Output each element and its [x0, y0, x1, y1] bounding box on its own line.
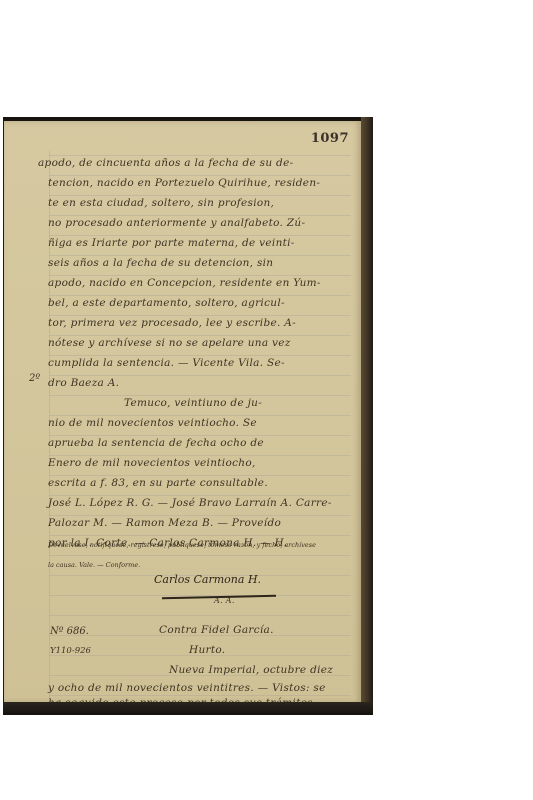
handwritten-line: Palozar M. — Ramon Meza B. — Proveído — [48, 517, 281, 529]
signature-initials: A. A. — [214, 596, 235, 605]
handwritten-line: Enero de mil novecientos veintiocho, — [48, 457, 256, 469]
ruled-line — [49, 355, 351, 356]
ruled-line — [49, 235, 351, 236]
ruled-line — [49, 455, 351, 456]
handwritten-line: Nueva Imperial, octubre diez — [169, 664, 333, 676]
ruled-line — [49, 295, 351, 296]
handwritten-line: dro Baeza A. — [48, 377, 119, 389]
entry-title: Contra Fidel García. — [159, 624, 274, 636]
handwritten-line: aprueba la sentencia de fecha ocho de — [48, 437, 264, 449]
entry-subtitle: Hurto. — [189, 644, 225, 656]
ruled-line — [49, 515, 351, 516]
handwritten-line: no procesado anteriormente y analfabeto.… — [48, 217, 305, 229]
small-handwritten-line: Devuelvase, notifíquese, regístrese, pub… — [48, 541, 316, 549]
handwritten-line: te en esta ciudad, soltero, sin profesio… — [48, 197, 274, 209]
small-handwritten-line: la causa. Vale. — Conforme. — [48, 561, 140, 569]
ruled-line — [49, 695, 351, 696]
handwritten-line: y ocho de mil novecientos veintitres. — … — [48, 682, 326, 694]
book-spine-edge — [361, 117, 373, 715]
ruled-line — [49, 495, 351, 496]
document-scan: 1097 apodo, de cincuenta años a la fecha… — [3, 117, 373, 715]
ruled-line — [49, 195, 351, 196]
ruled-line — [49, 475, 351, 476]
ruled-line — [49, 255, 351, 256]
handwritten-line: cumplida la sentencia. — Vicente Vila. S… — [48, 357, 285, 369]
page-bottom-shadow — [3, 702, 373, 715]
ruled-line — [49, 175, 351, 176]
entry-number-label: 2º — [29, 373, 40, 384]
entry-reference: Y110-926 — [50, 646, 91, 656]
handwritten-line: nio de mil novecientos veintiocho. Se — [48, 417, 257, 429]
signature: Carlos Carmona H. — [154, 573, 261, 586]
ruled-line — [49, 155, 351, 156]
ruled-line — [49, 395, 351, 396]
handwritten-line: tencion, nacido en Portezuelo Quirihue, … — [48, 177, 320, 189]
ruled-line — [49, 615, 351, 616]
handwritten-line: tor, primera vez procesado, lee y escrib… — [48, 317, 296, 329]
handwritten-line: apodo, de cincuenta años a la fecha de s… — [38, 157, 293, 169]
ruled-line — [49, 375, 351, 376]
handwritten-line: bel, a este departamento, soltero, agric… — [48, 297, 285, 309]
ruled-line — [49, 535, 351, 536]
folio-number: 1097 — [311, 131, 349, 146]
ruled-line — [49, 215, 351, 216]
entry-number: Nº 686. — [50, 626, 89, 637]
handwritten-line: ñiga es Iriarte por parte materna, de ve… — [48, 237, 295, 249]
ruled-line — [49, 415, 351, 416]
ruled-line — [49, 275, 351, 276]
handwritten-line: Temuco, veintiuno de ju- — [124, 397, 262, 409]
ruled-line — [49, 315, 351, 316]
ledger-page: 1097 apodo, de cincuenta años a la fecha… — [4, 121, 361, 703]
handwritten-line: nótese y archívese si no se apelare una … — [48, 337, 291, 349]
ruled-line — [49, 435, 351, 436]
handwritten-line: escrita a f. 83, en su parte consultable… — [48, 477, 268, 489]
handwritten-line: apodo, nacido en Concepcion, residente e… — [48, 277, 321, 289]
handwritten-line: José L. López R. G. — José Bravo Larraín… — [48, 497, 332, 509]
handwritten-line: seis años a la fecha de su detencion, si… — [48, 257, 273, 269]
ruled-line — [49, 335, 351, 336]
ruled-line — [49, 555, 351, 556]
